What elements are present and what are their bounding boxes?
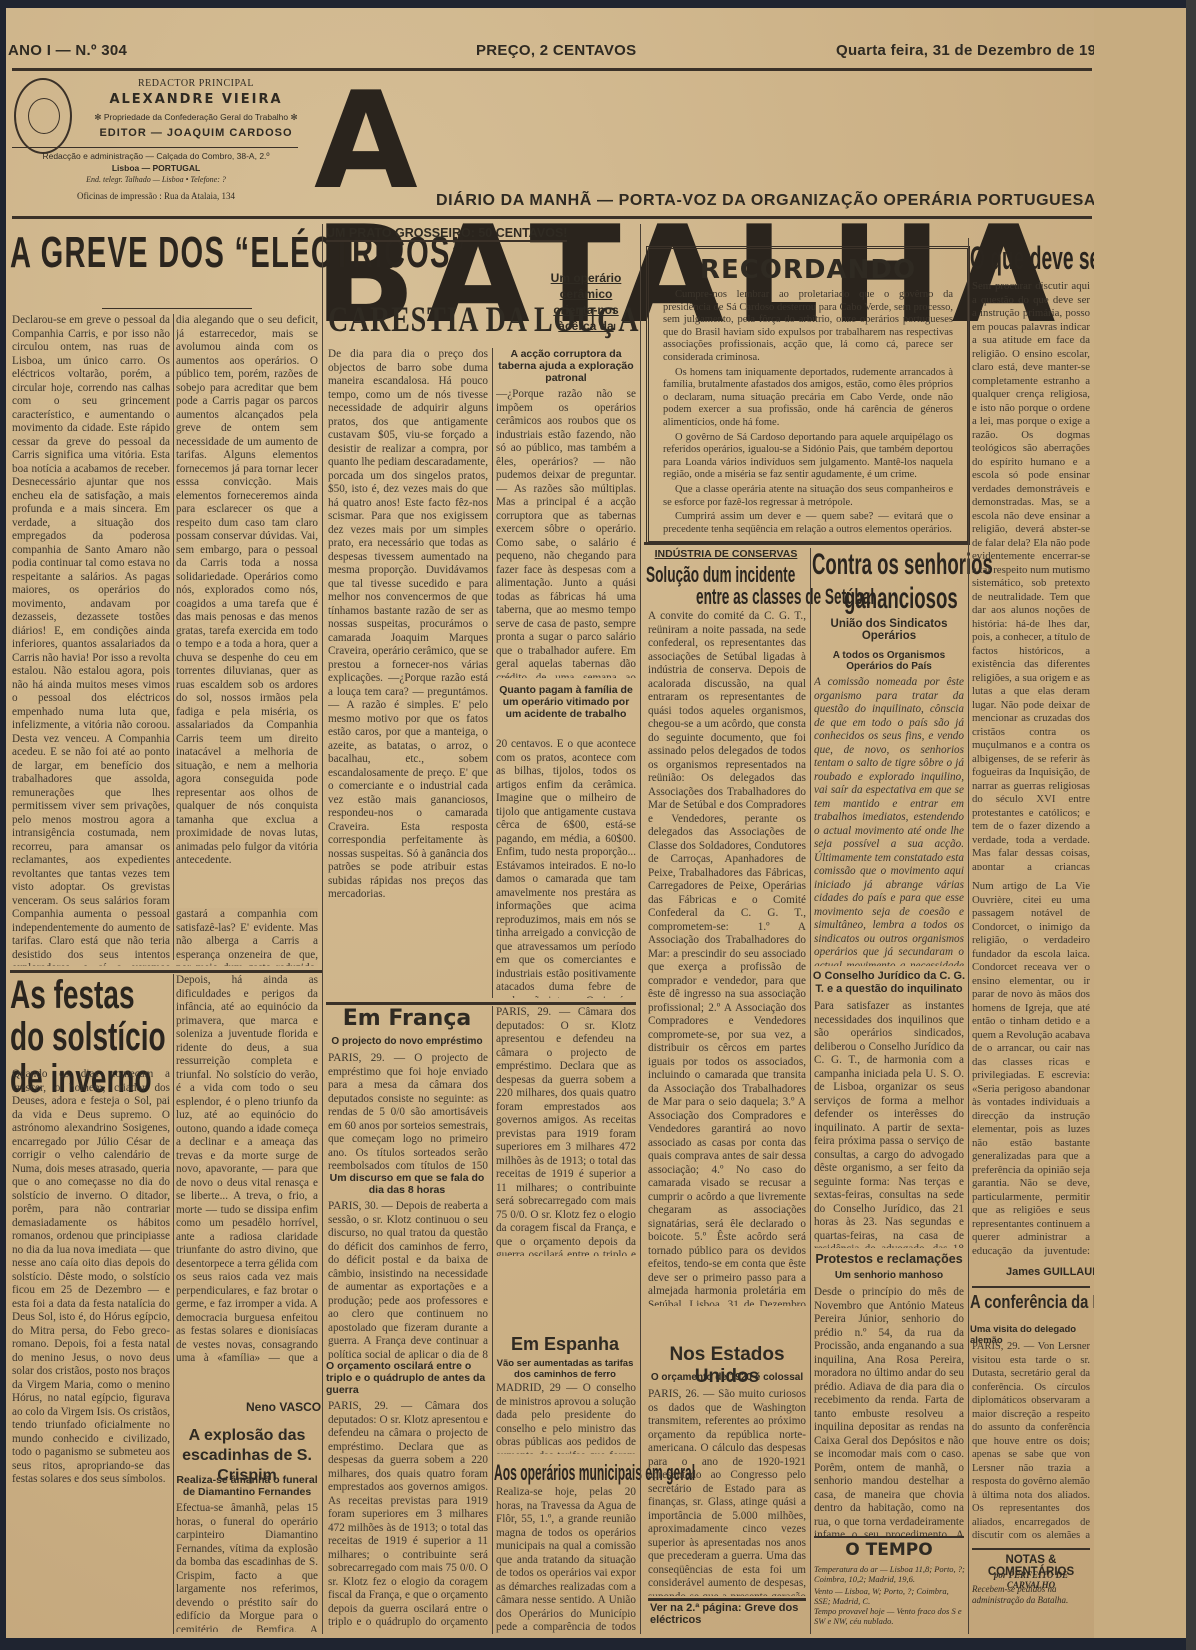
city-line: Lisboa — PORTUGAL [16,163,296,173]
issue-date: Quarta feira, 31 de Dezembro de 1919 [836,42,1114,59]
price: PREÇO, 2 CENTAVOS [476,42,636,59]
redactor-label: REDACTOR PRINCIPAL [96,78,296,90]
paz-body: PARIS, 29. — Von Lersner visitou esta ta… [972,1340,1090,1544]
franca-body-1: PARIS, 29. — O projecto de empréstimo qu… [328,1052,488,1170]
headline-underline [102,308,252,309]
headline-conselho: O Conselho Jurídico da C. G. T. e a ques… [812,970,966,996]
section-divider [326,1002,636,1005]
redactor-name: ALEXANDRE VIEIRA [94,92,298,107]
recordando-paragraph: Cumpre-nos lembrar ao proletariado que o… [663,289,953,365]
headline-senhorios-1: Contra os senhorios [812,548,967,582]
see-page-2-link[interactable]: Ver na 2.ª página: Greve dos eléctricos [650,1602,806,1626]
headline-tempo: O TEMPO [812,1540,966,1560]
setubal-kicker: INDÚSTRIA DE CONSERVAS [646,548,806,560]
masthead-top-rule [12,68,1092,71]
protestos-subhead: Um senhorio manhoso [812,1270,966,1281]
column-rule [173,314,174,960]
franca-body-3-cont: PARIS, 29. — Câmara dos deputados: O sr.… [496,1006,636,1256]
setubal-body: A convite do comité da C. G. T., reünira… [648,610,806,1306]
newspaper-subtitle: DIÁRIO DA MANHÃ — PORTA-VOZ DA ORGANIZAÇ… [436,192,1096,210]
senhorios-body: A comissão nomeada por êste organismo pa… [814,676,964,966]
section-divider [972,1286,1090,1288]
newspaper-page: ANO I — N.º 304 PREÇO, 2 CENTAVOS Quarta… [6,8,1186,1638]
greve-col-1: Declarou-se em greve o pessoal da Compan… [12,314,170,960]
scan-top-edge [0,0,1196,6]
espanha-subhead: Vão ser aumentadas as tarifas dos caminh… [494,1358,636,1380]
espanha-body: MADRID, 29 — O conselho de ministros apr… [496,1382,636,1454]
recordando-paragraph: O govêrno de Sá Cardoso deportando para … [663,432,953,482]
masthead-bottom-rule [12,216,1092,219]
cgt-seal-icon [14,78,72,154]
headline-protestos: Protestos e reclamações [812,1252,966,1266]
headline-senhorios-2: gananciosos [844,582,958,616]
scan-right-edge [1186,0,1196,1650]
masthead-left-divider [12,147,298,148]
senhorios-subhead-1: União dos Sindicatos Operários [812,618,966,642]
solsticio-signature: Neno VASCO [246,1400,321,1414]
notas-note: Recebem-se pedidos na administração da B… [972,1584,1092,1606]
headline-louca: CARESTIA DA LOUÇA [328,298,639,340]
tempo-wind: Vento — Lisboa, W; Porto, ?; Coimbra, SS… [814,1586,966,1606]
crispim-subhead: Realiza-se âmanhã o funeral de Diamantin… [174,1474,320,1498]
headline-recordando: RECORDANDO [649,255,967,285]
recordando-paragraph: Que a classe operária atente na situação… [663,484,953,509]
greve-col-1-end: Companhia aumenta o pessoal independente… [12,908,170,966]
recordando-paragraph: Os homens tam iniquamente deportados, ru… [663,367,953,430]
greve-col-2-end: gastará a companhia com satisfazê-las? E… [176,908,318,966]
franca-subhead-3: O orçamento oscilará entre o triplo e o … [326,1360,488,1396]
municipais-body: Realiza-se hoje, pelas 20 horas, na Trav… [496,1486,636,1634]
protestos-body: Desde o princípio do mês de Novembro que… [814,1286,964,1536]
column-rule [492,348,493,998]
franca-subhead-2: Um discurso em que se fala do dia das 8 … [326,1172,488,1196]
section-divider [814,1536,964,1538]
eua-body: PARIS, 26. — São muito curiosos os dados… [648,1388,806,1596]
column-rule [968,238,969,1634]
headline-franca: Em França [326,1006,488,1031]
issue-number: ANO I — N.º 304 [8,42,127,59]
escola-body: Sem procurar discutir aqui a questão do … [972,280,1090,870]
tempo-temperature: Temperatura do ar — Lisboa 11,8; Porto, … [814,1564,966,1584]
senhorios-subhead-2: A todos os Organismos Operários do País [812,650,966,672]
column-rule [640,224,641,1634]
louca-col-1: De dia para dia o preço dos objectos de … [328,348,488,998]
solsticio-col-2: Depois, há ainda as dificuldades e perig… [176,974,318,1364]
column-rule [173,974,174,1634]
section-divider [972,1548,1090,1550]
eua-subhead: O orçamento de 1920 é colossal [646,1372,808,1383]
tempo-forecast: Tempo provavel hoje — Vento fraco dos S … [814,1606,966,1626]
louca-kicker: UM PRATO GROSSEIRO: 50 CENTAVOS! [326,226,567,242]
section-divider [644,542,970,545]
section-divider [648,1598,806,1601]
louca-col-2-end: 20 centavos. E o que acontece com os pra… [496,738,636,998]
column-rule [322,224,323,1634]
recordando-box: RECORDANDO Cumpre-nos lembrar ao proleta… [646,246,970,544]
recordando-paragraph: Cumprirá assim um dever e — quem sabe? —… [663,511,953,536]
column-rule [810,548,811,1634]
franca-body-2: PARIS, 30. — Depois de reaberta a sessão… [328,1200,488,1360]
louca-subhead-3: Quanto pagam à família de um operário vi… [496,684,636,720]
editor-line: EDITOR — JOAQUIM CARDOSO [94,127,298,139]
recordando-body: Cumpre-nos lembrar ao proletariado que o… [663,289,953,536]
address-line: Redacção e administração — Calçada do Co… [16,151,296,161]
franca-body-3: PARIS, 29. — Câmara dos deputados: O sr.… [328,1400,488,1630]
louca-col-2: —¿Porque razão não se impõem os operário… [496,388,636,678]
column-rule [492,1006,493,1634]
ownership-line: ✻ Propriedade da Confederação Geral do T… [92,112,300,123]
solsticio-col-1: Quando os dias começam a crescer, o home… [12,1068,170,1628]
page-margin [1094,8,1186,1638]
franca-subhead-1: O projecto do novo empréstimo [326,1036,488,1047]
crispim-body: Efectua-se âmanhã, pelas 15 horas, o fun… [176,1502,318,1632]
print-shop-line: Oficinas de impressão : Rua da Atalaia, … [16,191,296,201]
headline-espanha: Em Espanha [494,1334,636,1355]
escola-body-cont: Num artigo de La Vie Ouvrière, citei eu … [972,880,1090,1260]
greve-col-2: dia alegando que o seu deficit, já estar… [176,314,318,960]
conselho-body: Para satisfazer as instantes necessidade… [814,1000,964,1248]
telegraph-line: End. telegr. Talhado — Lisboa • Telefone… [16,175,296,184]
louca-subhead-1: A acção corruptora da taberna ajuda a ex… [496,348,636,384]
